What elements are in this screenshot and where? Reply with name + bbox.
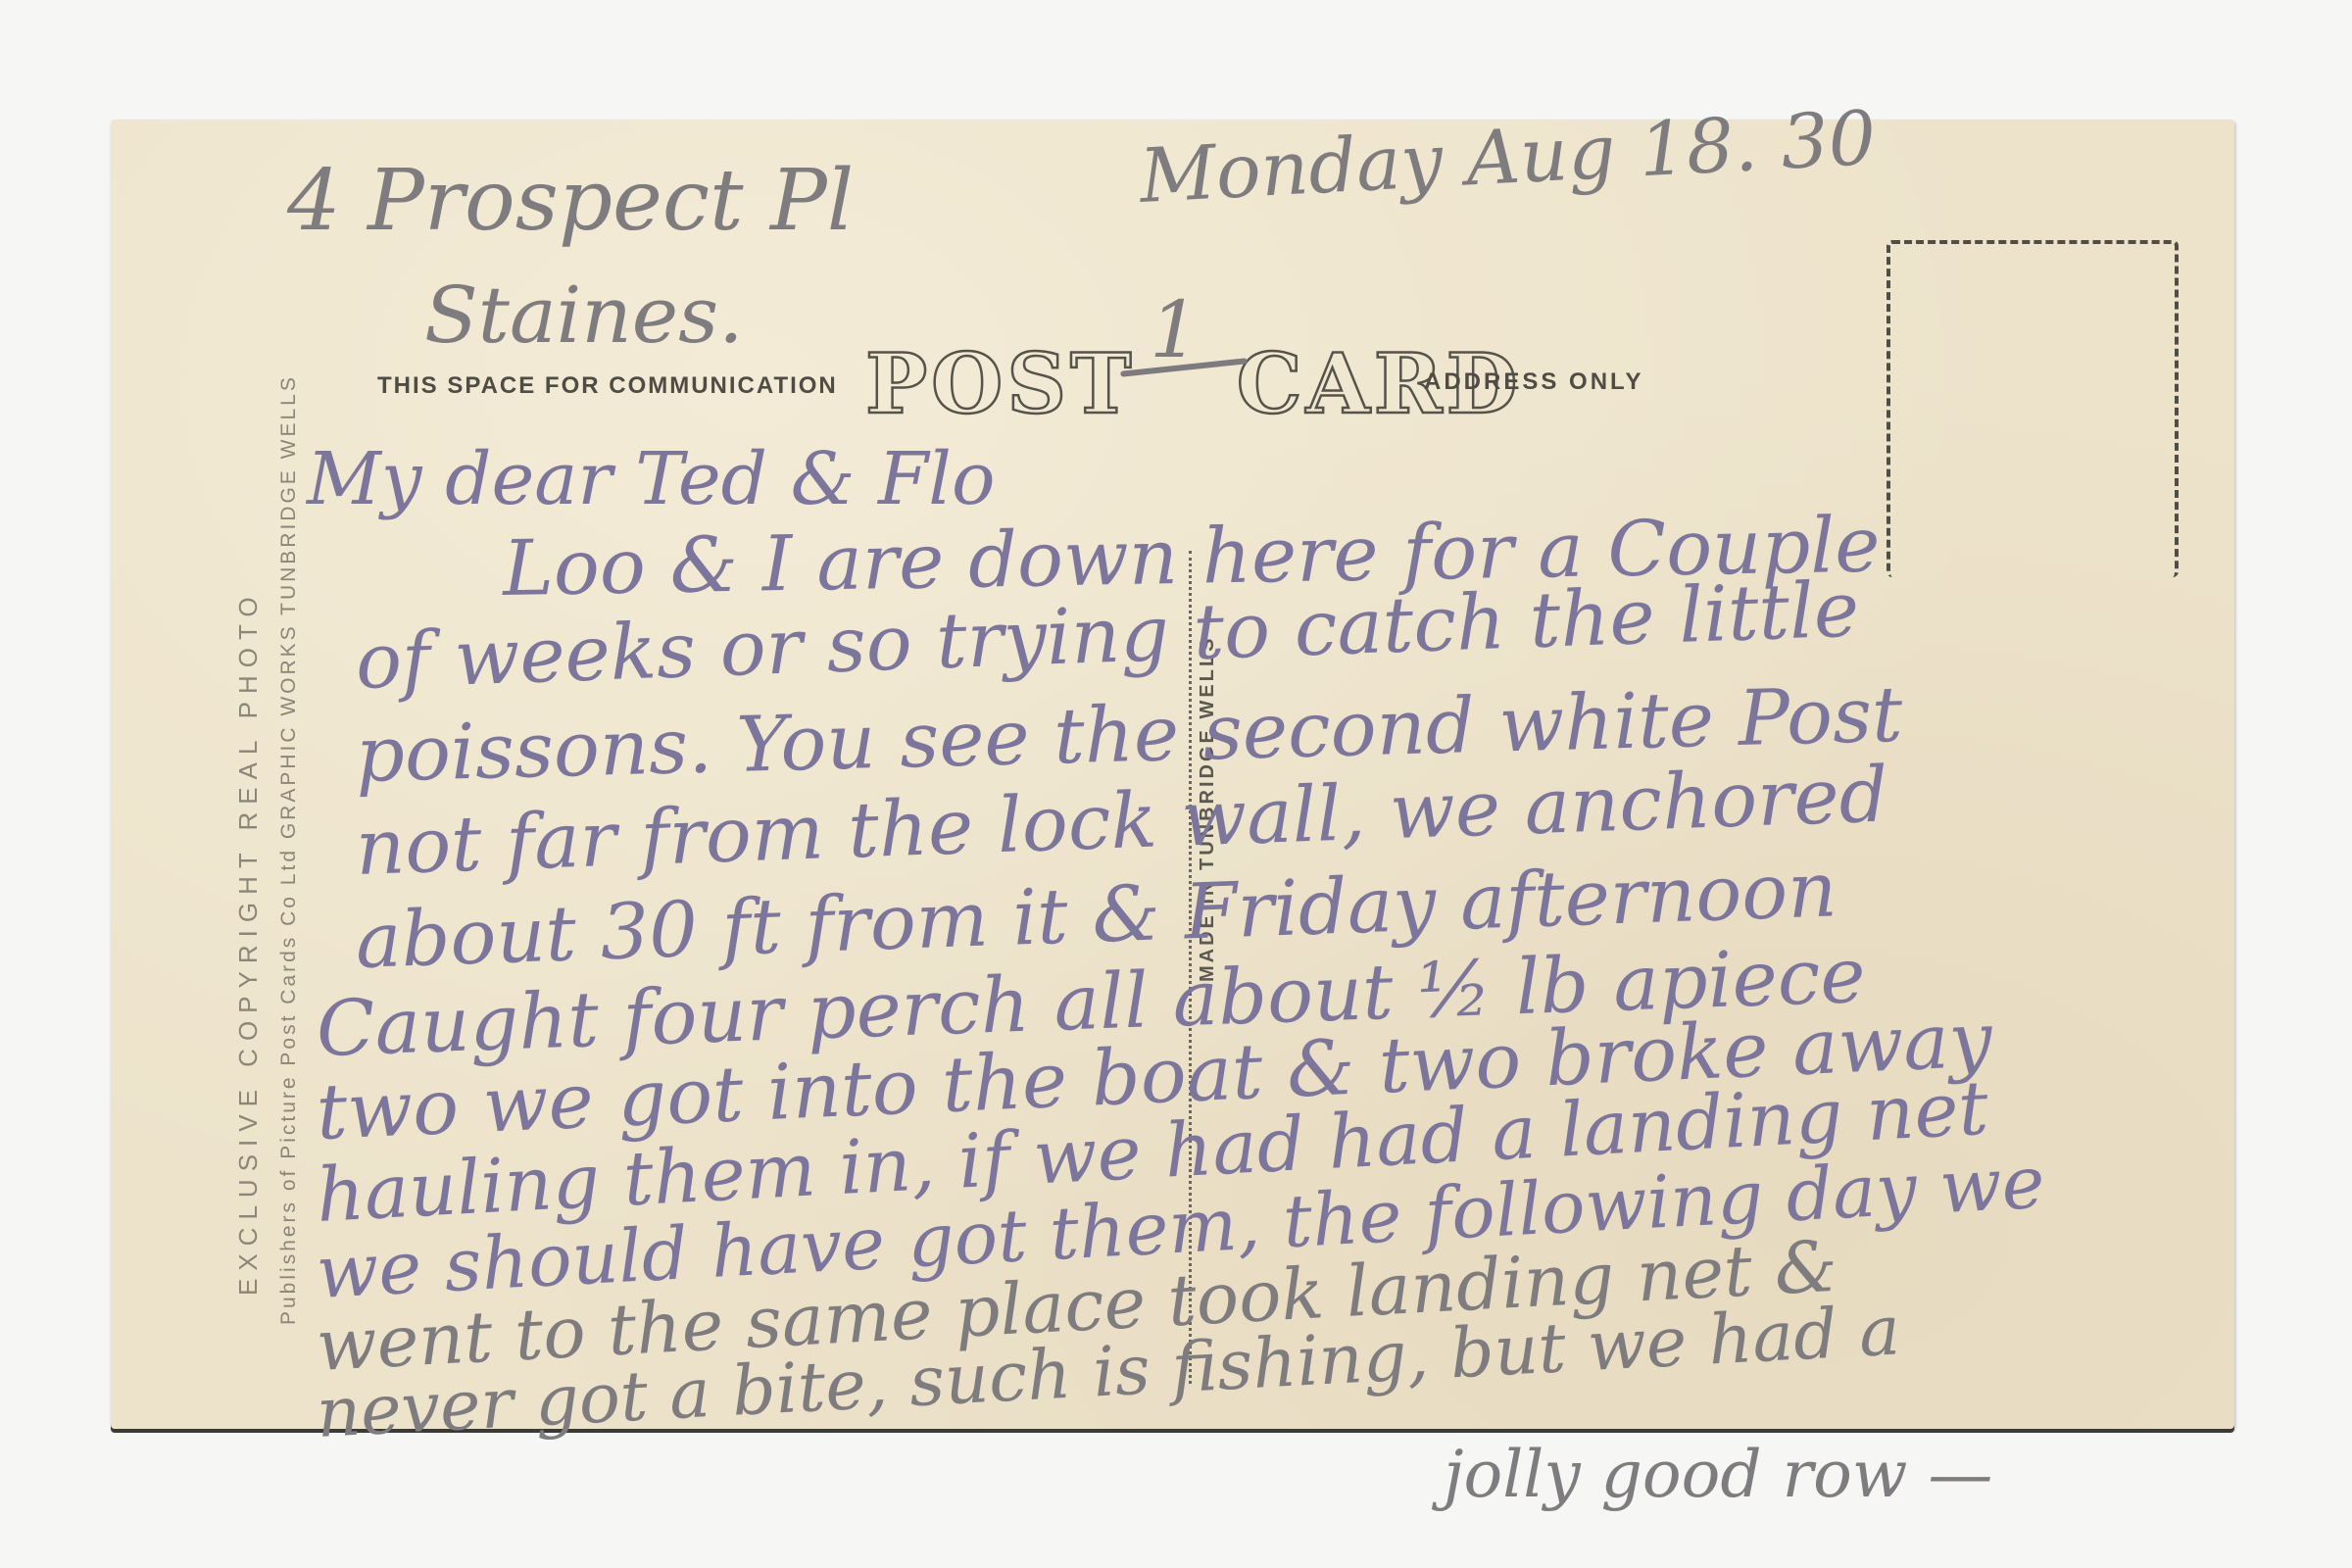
- address-line-1: 4 Prospect Pl: [287, 159, 854, 243]
- greeting: My dear Ted & Flo: [307, 443, 996, 515]
- body-line: jolly good row —: [1444, 1443, 1992, 1507]
- publisher-side-text: Publishers of Picture Post Cards Co Ltd …: [277, 374, 301, 1325]
- communication-label: THIS SPACE FOR COMMUNICATION: [377, 372, 838, 400]
- postcard: POST CARD THIS SPACE FOR COMMUNICATION A…: [111, 120, 2234, 1429]
- address-line-2: Staines.: [424, 276, 744, 355]
- date-line: Monday Aug 18. 30: [1138, 101, 1878, 214]
- copyright-side-text: EXCLUSIVE COPYRIGHT REAL PHOTO: [233, 589, 264, 1296]
- address-label: ADDRESS ONLY: [1424, 368, 1643, 396]
- page-number: 1: [1150, 291, 1200, 369]
- stamp-box: [1886, 240, 2179, 577]
